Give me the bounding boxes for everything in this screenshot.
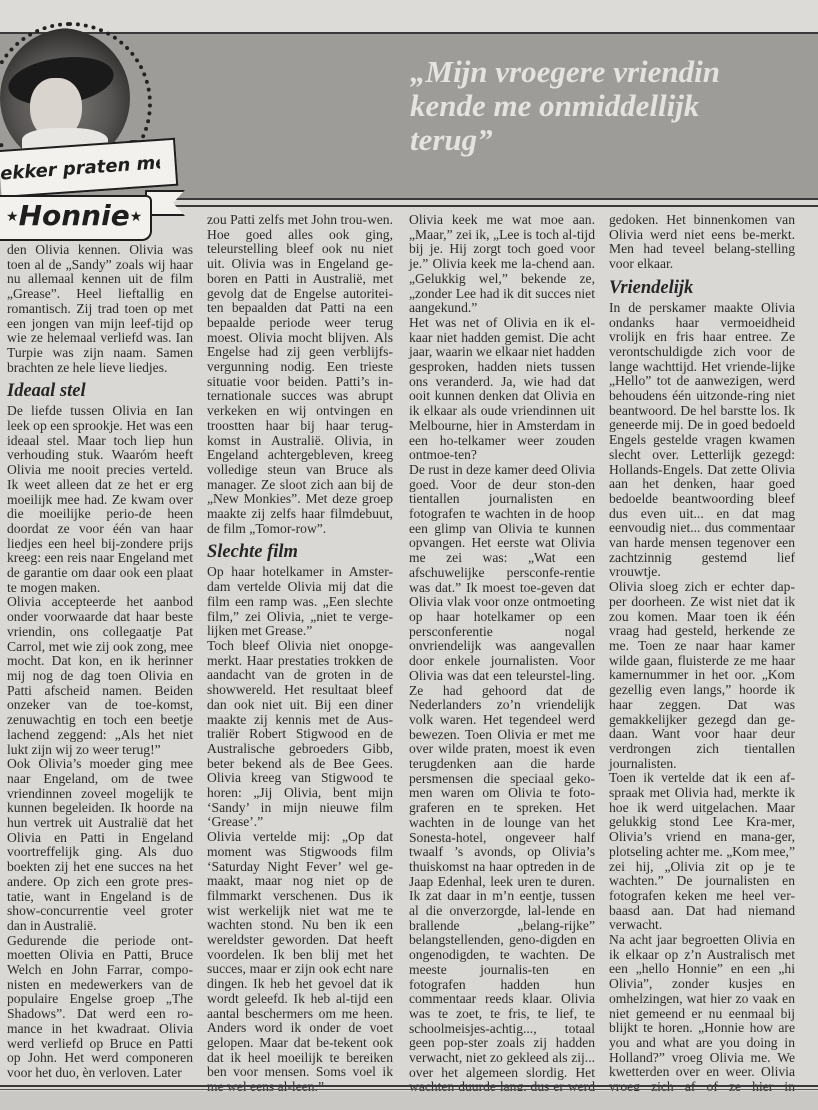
paragraph: den Olivia kennen. Olivia was toen al de…	[7, 243, 193, 375]
paragraph: gedoken. Het binnenkomen van Olivia werd…	[609, 213, 795, 272]
article-column-3: Olivia keek me wat moe aan. „Maar,” zei …	[409, 213, 595, 1110]
paragraph: Toch bleef Olivia niet onopge-merkt. Haa…	[207, 639, 393, 830]
paragraph: Toen ik vertelde dat ik een af-spraak me…	[609, 771, 795, 933]
bottom-divider-thin	[0, 1089, 818, 1090]
article-column-2: zou Patti zelfs met John trou-wen. Hoe g…	[207, 213, 393, 1095]
paragraph: Gedurende die periode ont-moetten Olivia…	[7, 934, 193, 1081]
subheading-slechte-film: Slechte film	[207, 542, 393, 563]
paragraph: Na acht jaar begroetten Olivia en ik elk…	[609, 933, 795, 1109]
paragraph: Ook Olivia’s moeder ging mee naar Engela…	[7, 757, 193, 933]
subheading-vriendelijk: Vriendelijk	[609, 278, 795, 299]
subheading-ideaal-stel: Ideaal stel	[7, 381, 193, 402]
paragraph: Olivia vertelde mij: „Op dat moment was …	[207, 830, 393, 1095]
paragraph: De liefde tussen Olivia en Ian leek op e…	[7, 404, 193, 595]
paragraph: In de perskamer maakte Olivia ondanks ha…	[609, 301, 795, 580]
paragraph: Olivia keek me wat moe aan. „Maar,” zei …	[409, 213, 595, 316]
article-column-4: gedoken. Het binnenkomen van Olivia werd…	[609, 213, 795, 1109]
paragraph: Het was net of Olivia en ik el-kaar niet…	[409, 316, 595, 463]
paragraph: zou Patti zelfs met John trou-wen. Hoe g…	[207, 213, 393, 536]
headline-quote: „Mijn vroegere vriendin kende me onmidde…	[410, 55, 800, 157]
paragraph: De rust in deze kamer deed Olivia goed. …	[409, 463, 595, 1110]
headline-line-3: terug”	[410, 123, 800, 157]
paragraph: Op haar hotelkamer in Amster-dam verteld…	[207, 565, 393, 639]
banner-divider	[170, 205, 818, 207]
paragraph: Olivia sloeg zich er echter dap-per door…	[609, 580, 795, 771]
column-logo-line-2: ★Honnie★	[6, 199, 146, 232]
article-column-1: den Olivia kennen. Olivia was toen al de…	[7, 243, 193, 1081]
bottom-margin	[0, 1091, 818, 1110]
star-icon: ★	[130, 209, 143, 225]
paragraph: Olivia accepteerde het aanbod onder voor…	[7, 595, 193, 757]
bottom-divider	[0, 1085, 818, 1087]
headline-line-1: „Mijn vroegere vriendin	[410, 55, 800, 89]
page-top-margin	[0, 0, 818, 32]
star-icon: ★	[6, 209, 19, 225]
author-name: Honnie	[19, 199, 130, 232]
headline-line-2: kende me onmiddellijk	[410, 89, 800, 123]
